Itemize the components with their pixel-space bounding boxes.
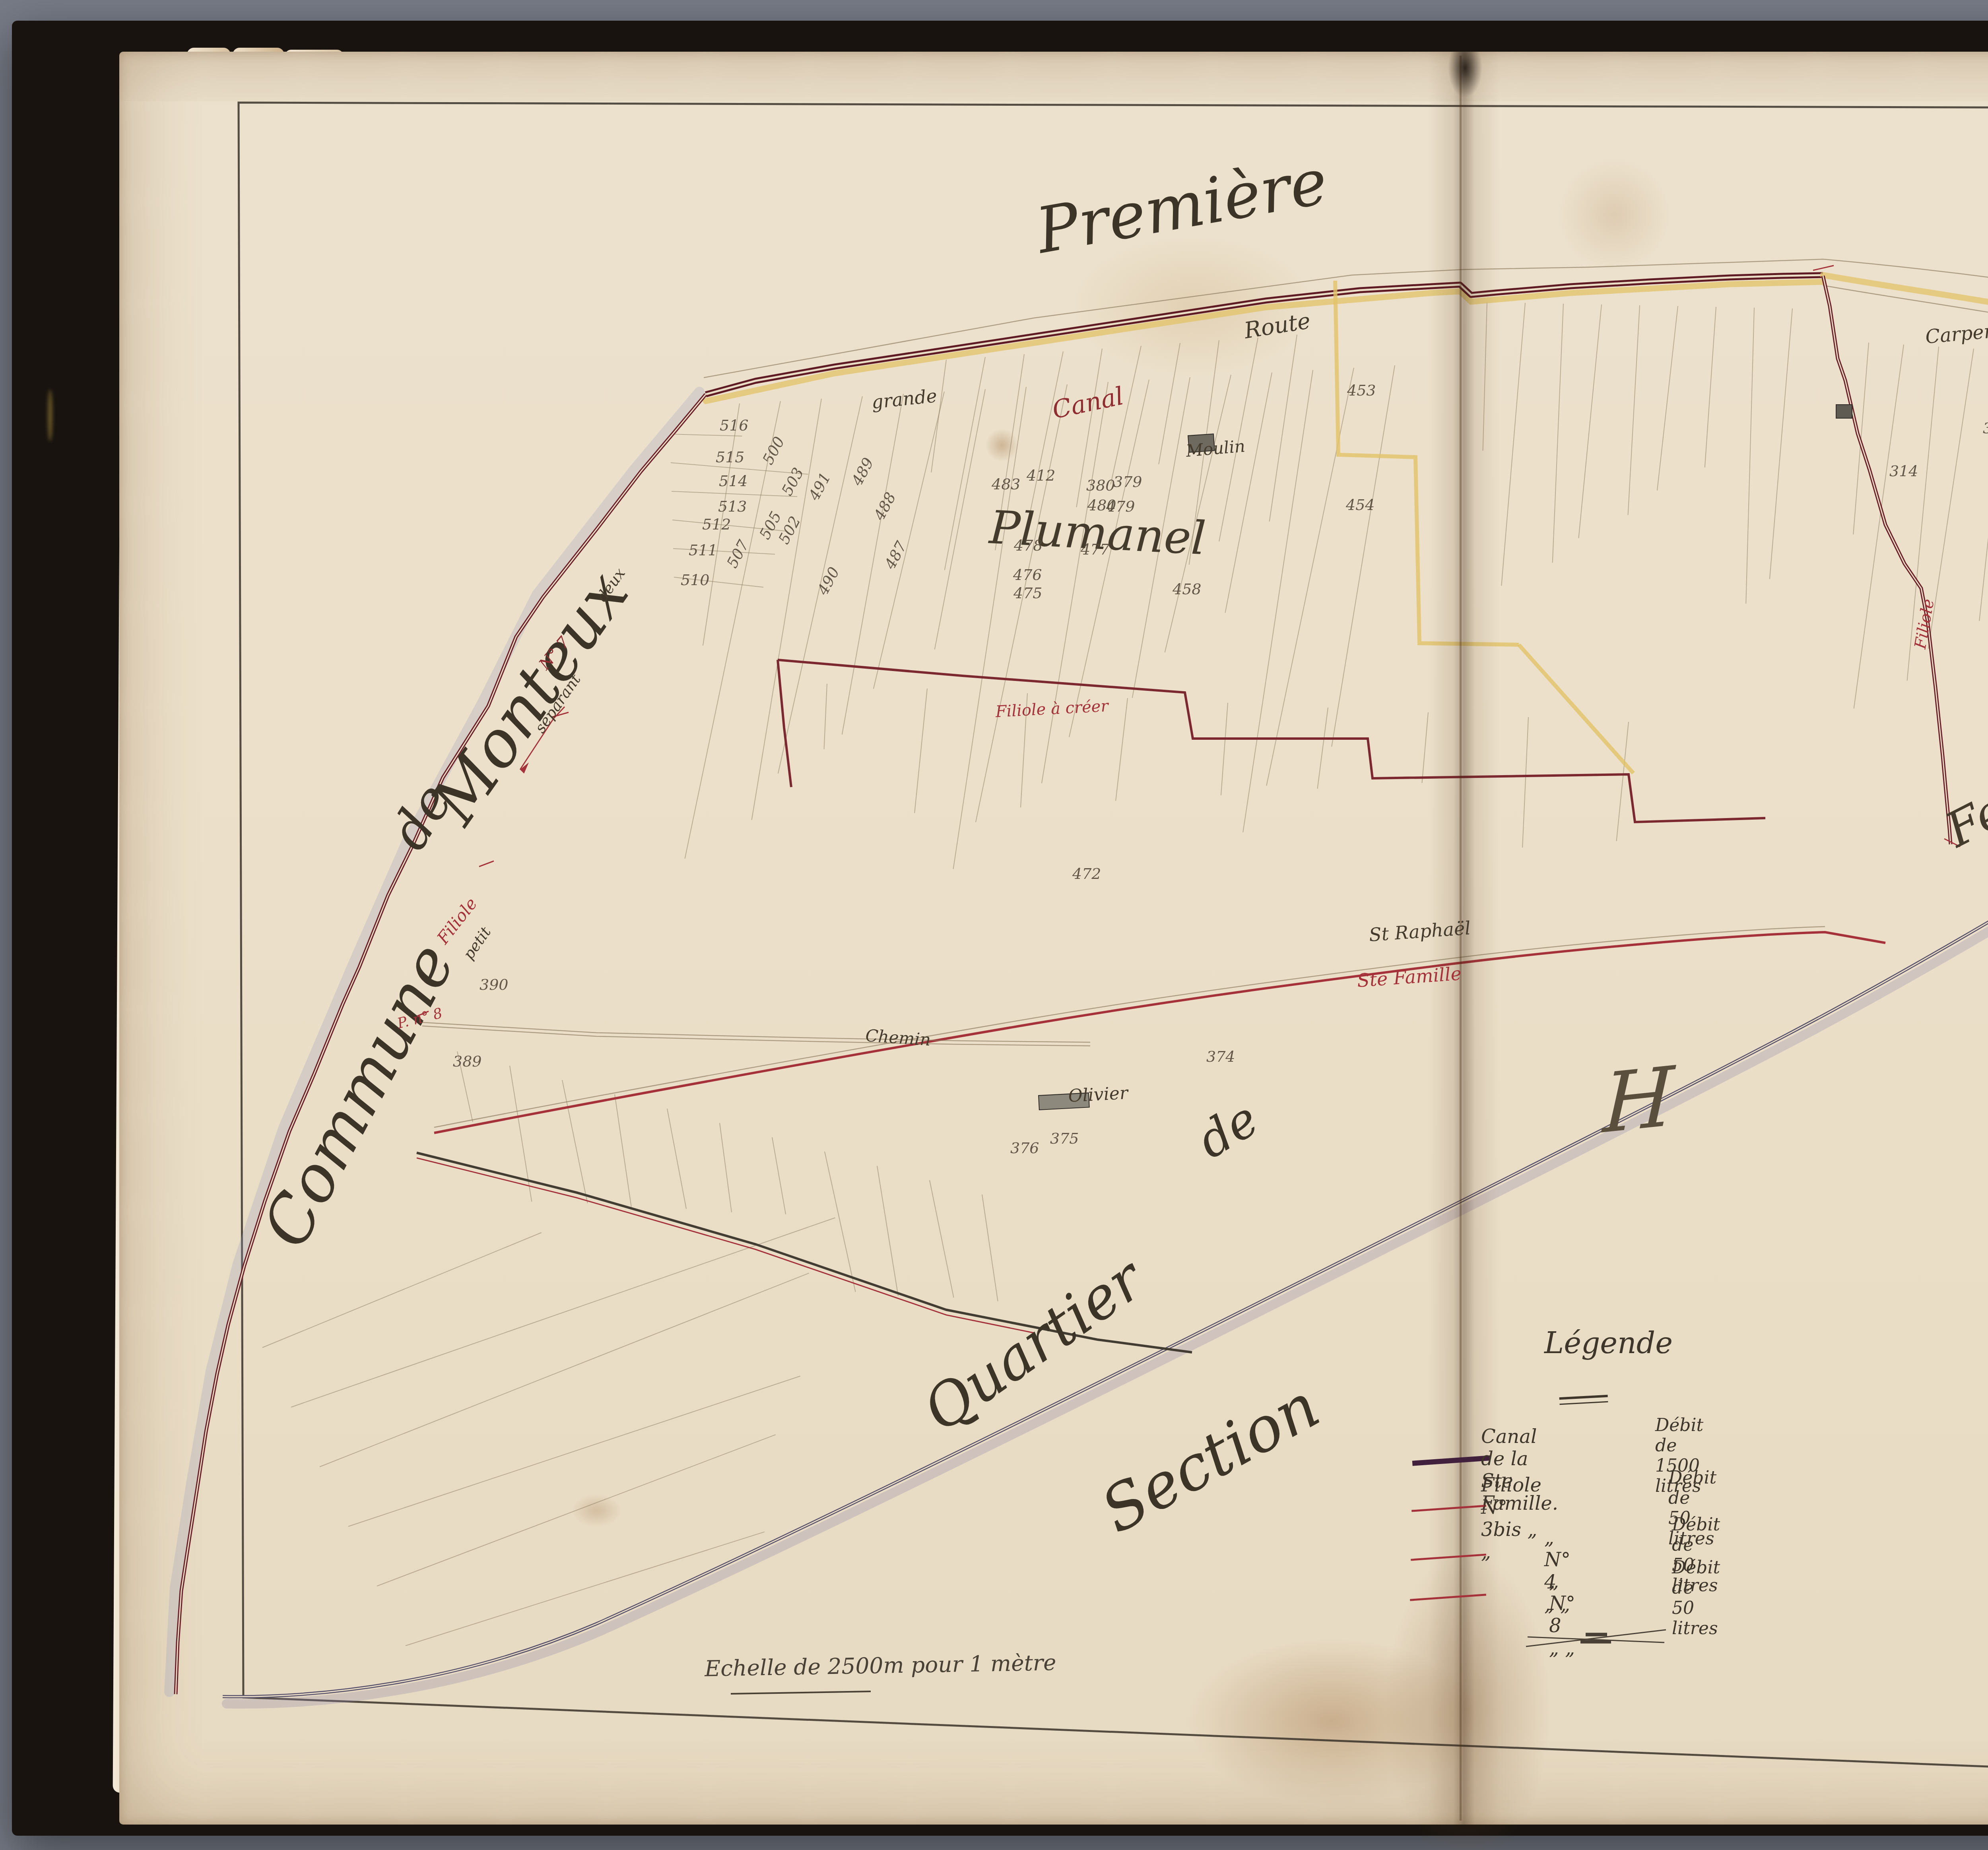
legend-label: „ N° 8 „ „ [1549,1570,1575,1659]
parcel-number: 490 [814,564,843,598]
legend-title: Légende [1544,1326,1673,1360]
parcel-number: 412 [1027,467,1056,484]
parcel-number: 454 [1346,496,1375,514]
parcel-number: 453 [1347,382,1376,399]
parcel-number: 516 [720,417,749,434]
parcel-number: 487 [881,538,910,572]
parcel-number: 476 [1013,566,1042,584]
parcel-number: 491 [805,469,834,503]
parcel-number: 390 [480,976,509,993]
parcel-number: 374 [1206,1048,1235,1065]
parcel-number: 472 [1072,865,1101,882]
parcel-number: 489 [848,455,877,489]
parcel-number: 512 [702,516,731,533]
parcel-number: 313 [1983,419,1988,437]
parcel-number: 510 [681,571,710,589]
parcel-number: 507 [723,537,752,571]
parcel-number: 479 [1106,498,1135,515]
parcel-number: 379 [1113,473,1142,491]
parcel-number: 515 [716,448,745,466]
parcel-number: 314 [1889,462,1918,480]
legend-debit: Débit de 50 litres [1672,1557,1720,1639]
parcel-number: 500 [759,434,788,467]
parcel-number: 483 [992,475,1021,493]
parcel-number: 511 [689,541,718,559]
parcel-number: 389 [453,1053,482,1070]
parcel-number: 375 [1050,1130,1079,1147]
parcel-number: 513 [718,498,747,515]
parcel-number: 514 [719,472,748,490]
legend-label: Filiole N° 3bis „ „ [1481,1474,1541,1563]
parcel-number: 475 [1013,584,1043,602]
parcel-number: 478 [1014,537,1043,554]
parcel-number: 376 [1010,1139,1039,1157]
parcel-number: 380 [1086,477,1115,494]
parcel-number: 477 [1081,541,1110,558]
parcel-number: 458 [1173,580,1202,598]
parcel-number: 488 [870,489,899,523]
parcel-number: 503 [778,465,807,498]
